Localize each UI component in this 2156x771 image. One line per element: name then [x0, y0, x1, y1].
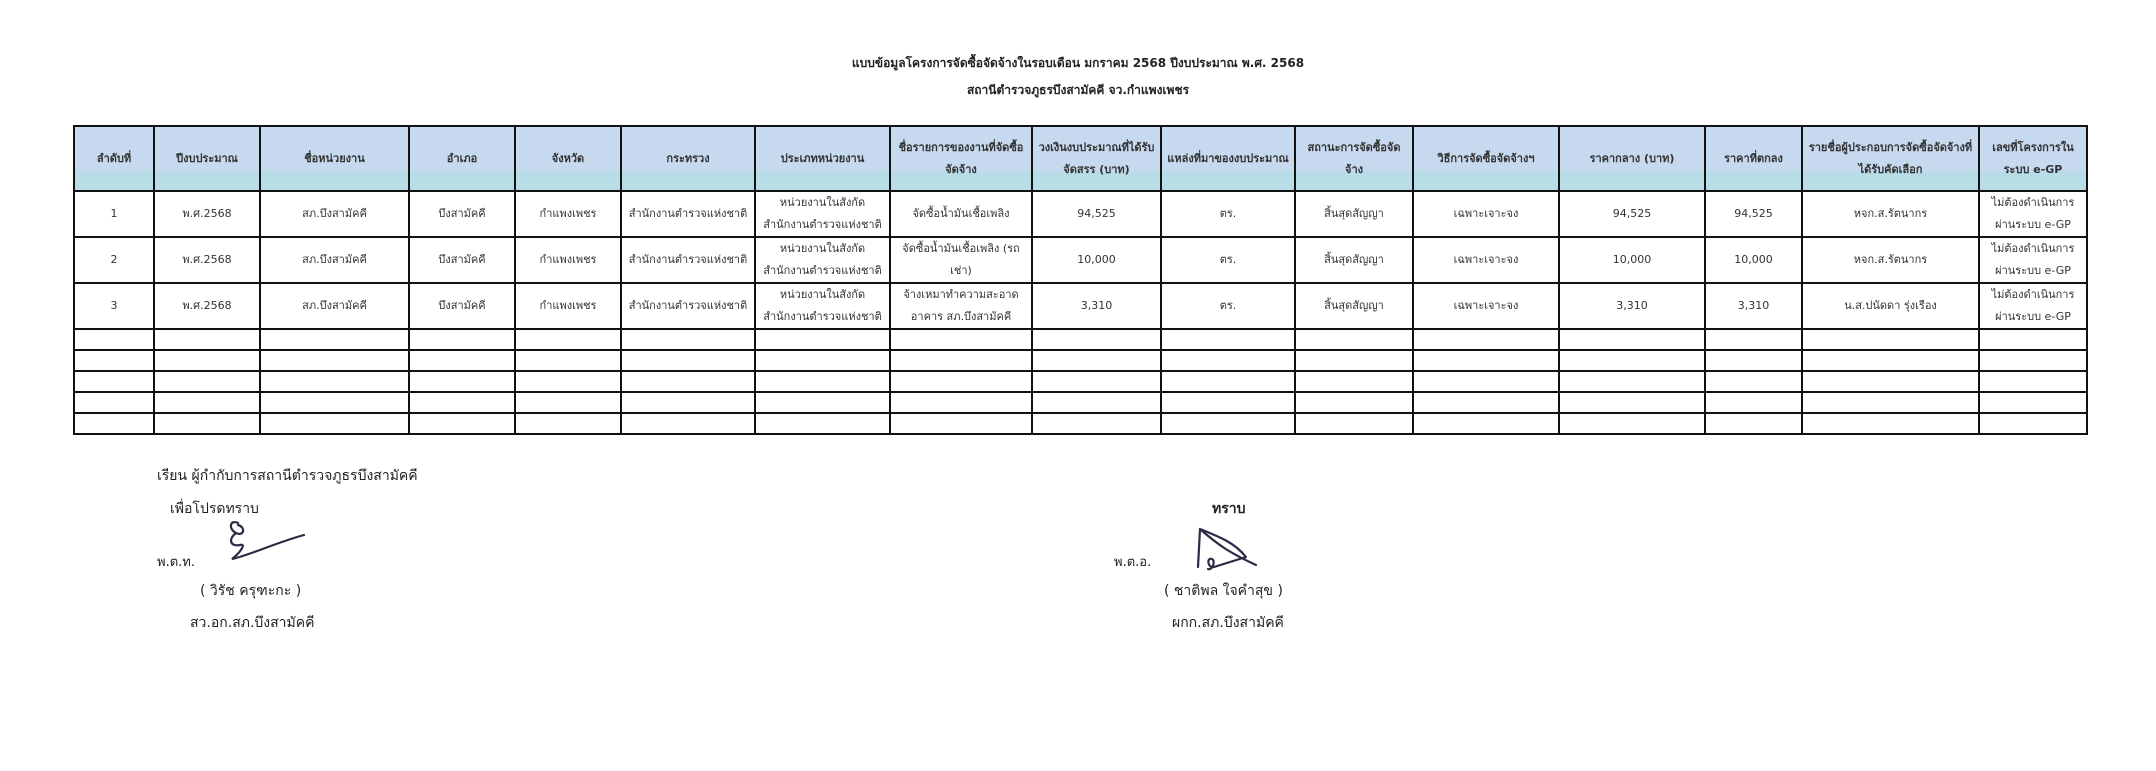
empty-table-cell [1705, 350, 1802, 371]
empty-table-cell [1413, 350, 1559, 371]
column-header: เลขที่โครงการในระบบ e-GP [1979, 126, 2087, 191]
empty-table-cell [1295, 350, 1413, 371]
table-cell: 10,000 [1705, 237, 1802, 283]
empty-table-cell [1161, 371, 1295, 392]
table-cell: พ.ศ.2568 [154, 237, 260, 283]
empty-table-cell [755, 350, 890, 371]
empty-table-cell [409, 371, 515, 392]
table-cell: 3 [74, 283, 154, 329]
table-cell: สภ.บึงสามัคคี [260, 191, 409, 237]
empty-table-cell [1705, 329, 1802, 350]
empty-table-cell [74, 329, 154, 350]
table-cell: จ้างเหมาทำความสะอาด อาคาร สภ.บึงสามัคคี [890, 283, 1032, 329]
table-cell: ตร. [1161, 283, 1295, 329]
table-cell: กำแพงเพชร [515, 237, 621, 283]
empty-table-cell [154, 413, 260, 434]
table-cell: หจก.ส.รัตนากร [1802, 237, 1979, 283]
column-header: รายชื่อผู้ประกอบการจัดซื้อจัดจ้างที่ได้ร… [1802, 126, 1979, 191]
table-cell: จัดซื้อน้ำมันเชื้อเพลิง [890, 191, 1032, 237]
right-signer-position: ผกก.สภ.บึงสามัคคี [1172, 612, 1284, 634]
empty-table-cell [1295, 392, 1413, 413]
empty-table-cell [890, 392, 1032, 413]
empty-table-cell [515, 329, 621, 350]
table-cell: 94,525 [1705, 191, 1802, 237]
empty-table-cell [1802, 350, 1979, 371]
column-header: ปีงบประมาณ [154, 126, 260, 191]
empty-table-cell [1413, 371, 1559, 392]
table-cell: พ.ศ.2568 [154, 191, 260, 237]
addressee-text: เรียน ผู้กำกับการสถานีตำรวจภูธรบึงสามัคค… [157, 465, 418, 487]
empty-table-cell [755, 392, 890, 413]
left-signature-image [220, 515, 310, 575]
table-cell: กำแพงเพชร [515, 283, 621, 329]
table-row: 1พ.ศ.2568สภ.บึงสามัคคีบึงสามัคคีกำแพงเพช… [74, 191, 2087, 237]
right-signer-name: ( ชาติพล ใจคำสุข ) [1164, 580, 1283, 602]
table-cell: 3,310 [1559, 283, 1705, 329]
empty-table-cell [890, 350, 1032, 371]
empty-table-cell [621, 329, 755, 350]
table-cell: บึงสามัคคี [409, 191, 515, 237]
table-cell: ไม่ต้องดำเนินการ ผ่านระบบ e-GP [1979, 283, 2087, 329]
column-header: วิธีการจัดซื้อจัดจ้างฯ [1413, 126, 1559, 191]
table-cell: สำนักงานตำรวจแห่งชาติ [621, 237, 755, 283]
empty-table-cell [1295, 413, 1413, 434]
empty-table-cell [1295, 329, 1413, 350]
empty-table-cell [1559, 392, 1705, 413]
empty-table-cell [154, 371, 260, 392]
empty-table-cell [1161, 392, 1295, 413]
empty-table-cell [1979, 392, 2087, 413]
table-row: 2พ.ศ.2568สภ.บึงสามัคคีบึงสามัคคีกำแพงเพช… [74, 237, 2087, 283]
left-rank-text: พ.ต.ท. [157, 551, 195, 572]
column-header: ลำดับที่ [74, 126, 154, 191]
empty-table-cell [1705, 371, 1802, 392]
right-rank-text: พ.ต.อ. [1114, 551, 1151, 572]
document-subtitle: สถานีตำรวจภูธรบึงสามัคคี จว.กำแพงเพชร [0, 81, 2156, 100]
empty-table-cell [1705, 392, 1802, 413]
table-cell: สำนักงานตำรวจแห่งชาติ [621, 191, 755, 237]
empty-table-cell [621, 371, 755, 392]
empty-table-cell [74, 392, 154, 413]
table-cell: สภ.บึงสามัคคี [260, 283, 409, 329]
empty-table-cell [621, 350, 755, 371]
empty-table-cell [260, 413, 409, 434]
empty-table-cell [260, 371, 409, 392]
empty-table-cell [890, 371, 1032, 392]
right-signature-image [1190, 523, 1260, 578]
empty-table-cell [1032, 329, 1161, 350]
empty-table-cell [260, 350, 409, 371]
table-cell: 3,310 [1032, 283, 1161, 329]
column-header: อำเภอ [409, 126, 515, 191]
table-cell: 94,525 [1032, 191, 1161, 237]
empty-table-cell [1161, 413, 1295, 434]
column-header: กระทรวง [621, 126, 755, 191]
table-cell: เฉพาะเจาะจง [1413, 191, 1559, 237]
column-header: แหล่งที่มาของงบประมาณ [1161, 126, 1295, 191]
table-cell: 2 [74, 237, 154, 283]
empty-table-row [74, 392, 2087, 413]
empty-table-row [74, 371, 2087, 392]
procurement-table: ลำดับที่ปีงบประมาณชื่อหน่วยงานอำเภอจังหว… [73, 125, 2088, 435]
table-cell: 3,310 [1705, 283, 1802, 329]
empty-table-cell [1802, 392, 1979, 413]
empty-table-cell [1802, 371, 1979, 392]
table-cell: 10,000 [1559, 237, 1705, 283]
empty-table-cell [755, 329, 890, 350]
empty-table-cell [515, 413, 621, 434]
table-cell: ไม่ต้องดำเนินการ ผ่านระบบ e-GP [1979, 191, 2087, 237]
empty-table-cell [1559, 329, 1705, 350]
table-cell: พ.ศ.2568 [154, 283, 260, 329]
empty-table-cell [515, 392, 621, 413]
column-header: ชื่อรายการของงานที่จัดซื้อจัดจ้าง [890, 126, 1032, 191]
empty-table-cell [515, 371, 621, 392]
empty-table-cell [1979, 350, 2087, 371]
empty-table-cell [74, 371, 154, 392]
empty-table-cell [1032, 413, 1161, 434]
column-header: ราคากลาง (บาท) [1559, 126, 1705, 191]
table-cell: ตร. [1161, 191, 1295, 237]
empty-table-cell [1979, 329, 2087, 350]
empty-table-cell [260, 329, 409, 350]
table-cell: จัดซื้อน้ำมันเชื้อเพลิง (รถเช่า) [890, 237, 1032, 283]
empty-table-cell [1161, 329, 1295, 350]
empty-table-row [74, 329, 2087, 350]
empty-table-cell [1802, 329, 1979, 350]
empty-table-cell [1413, 392, 1559, 413]
column-header: วงเงินงบประมาณที่ได้รับจัดสรร (บาท) [1032, 126, 1161, 191]
table-cell: หจก.ส.รัตนากร [1802, 191, 1979, 237]
empty-table-cell [1979, 413, 2087, 434]
empty-table-cell [621, 413, 755, 434]
acknowledge-text: ทราบ [1212, 498, 1246, 520]
empty-table-cell [1705, 413, 1802, 434]
table-cell: สภ.บึงสามัคคี [260, 237, 409, 283]
table-cell: บึงสามัคคี [409, 283, 515, 329]
column-header: จังหวัด [515, 126, 621, 191]
empty-table-cell [409, 329, 515, 350]
table-cell: 1 [74, 191, 154, 237]
empty-table-cell [409, 413, 515, 434]
empty-table-cell [1559, 350, 1705, 371]
table-cell: เฉพาะเจาะจง [1413, 283, 1559, 329]
empty-table-cell [1979, 371, 2087, 392]
empty-table-cell [154, 392, 260, 413]
table-cell: บึงสามัคคี [409, 237, 515, 283]
empty-table-cell [409, 350, 515, 371]
empty-table-row [74, 350, 2087, 371]
empty-table-cell [154, 329, 260, 350]
table-cell: สิ้นสุดสัญญา [1295, 283, 1413, 329]
empty-table-cell [890, 329, 1032, 350]
empty-table-cell [755, 371, 890, 392]
empty-table-cell [1413, 413, 1559, 434]
table-header-row: ลำดับที่ปีงบประมาณชื่อหน่วยงานอำเภอจังหว… [74, 126, 2087, 191]
empty-table-cell [621, 392, 755, 413]
empty-table-cell [74, 413, 154, 434]
table-cell: สิ้นสุดสัญญา [1295, 237, 1413, 283]
empty-table-cell [260, 392, 409, 413]
empty-table-cell [154, 350, 260, 371]
empty-table-cell [755, 413, 890, 434]
table-cell: หน่วยงานในสังกัด สำนักงานตำรวจแห่งชาติ [755, 191, 890, 237]
table-cell: ไม่ต้องดำเนินการ ผ่านระบบ e-GP [1979, 237, 2087, 283]
empty-table-cell [1295, 371, 1413, 392]
empty-table-cell [890, 413, 1032, 434]
column-header: สถานะการจัดซื้อจัดจ้าง [1295, 126, 1413, 191]
table-cell: หน่วยงานในสังกัด สำนักงานตำรวจแห่งชาติ [755, 283, 890, 329]
empty-table-row [74, 413, 2087, 434]
table-body: 1พ.ศ.2568สภ.บึงสามัคคีบึงสามัคคีกำแพงเพช… [74, 191, 2087, 434]
empty-table-cell [1802, 413, 1979, 434]
table-cell: สิ้นสุดสัญญา [1295, 191, 1413, 237]
column-header: ชื่อหน่วยงาน [260, 126, 409, 191]
table-row: 3พ.ศ.2568สภ.บึงสามัคคีบึงสามัคคีกำแพงเพช… [74, 283, 2087, 329]
table-cell: เฉพาะเจาะจง [1413, 237, 1559, 283]
empty-table-cell [1032, 392, 1161, 413]
table-cell: กำแพงเพชร [515, 191, 621, 237]
table-cell: น.ส.ปนัดดา รุ่งเรือง [1802, 283, 1979, 329]
empty-table-cell [515, 350, 621, 371]
table-cell: หน่วยงานในสังกัด สำนักงานตำรวจแห่งชาติ [755, 237, 890, 283]
column-header: ประเภทหน่วยงาน [755, 126, 890, 191]
empty-table-cell [1161, 350, 1295, 371]
table-cell: สำนักงานตำรวจแห่งชาติ [621, 283, 755, 329]
table-cell: ตร. [1161, 237, 1295, 283]
empty-table-cell [409, 392, 515, 413]
empty-table-cell [1559, 371, 1705, 392]
empty-table-cell [1032, 350, 1161, 371]
empty-table-cell [1413, 329, 1559, 350]
left-signer-name: ( วิรัช ครุฑะกะ ) [200, 580, 301, 602]
empty-table-cell [1032, 371, 1161, 392]
column-header: ราคาที่ตกลง [1705, 126, 1802, 191]
left-signer-position: สว.อก.สภ.บึงสามัคคี [190, 612, 315, 634]
empty-table-cell [74, 350, 154, 371]
document-title: แบบข้อมูลโครงการจัดซื้อจัดจ้างในรอบเดือน… [0, 54, 2156, 73]
empty-table-cell [1559, 413, 1705, 434]
table-cell: 94,525 [1559, 191, 1705, 237]
table-cell: 10,000 [1032, 237, 1161, 283]
